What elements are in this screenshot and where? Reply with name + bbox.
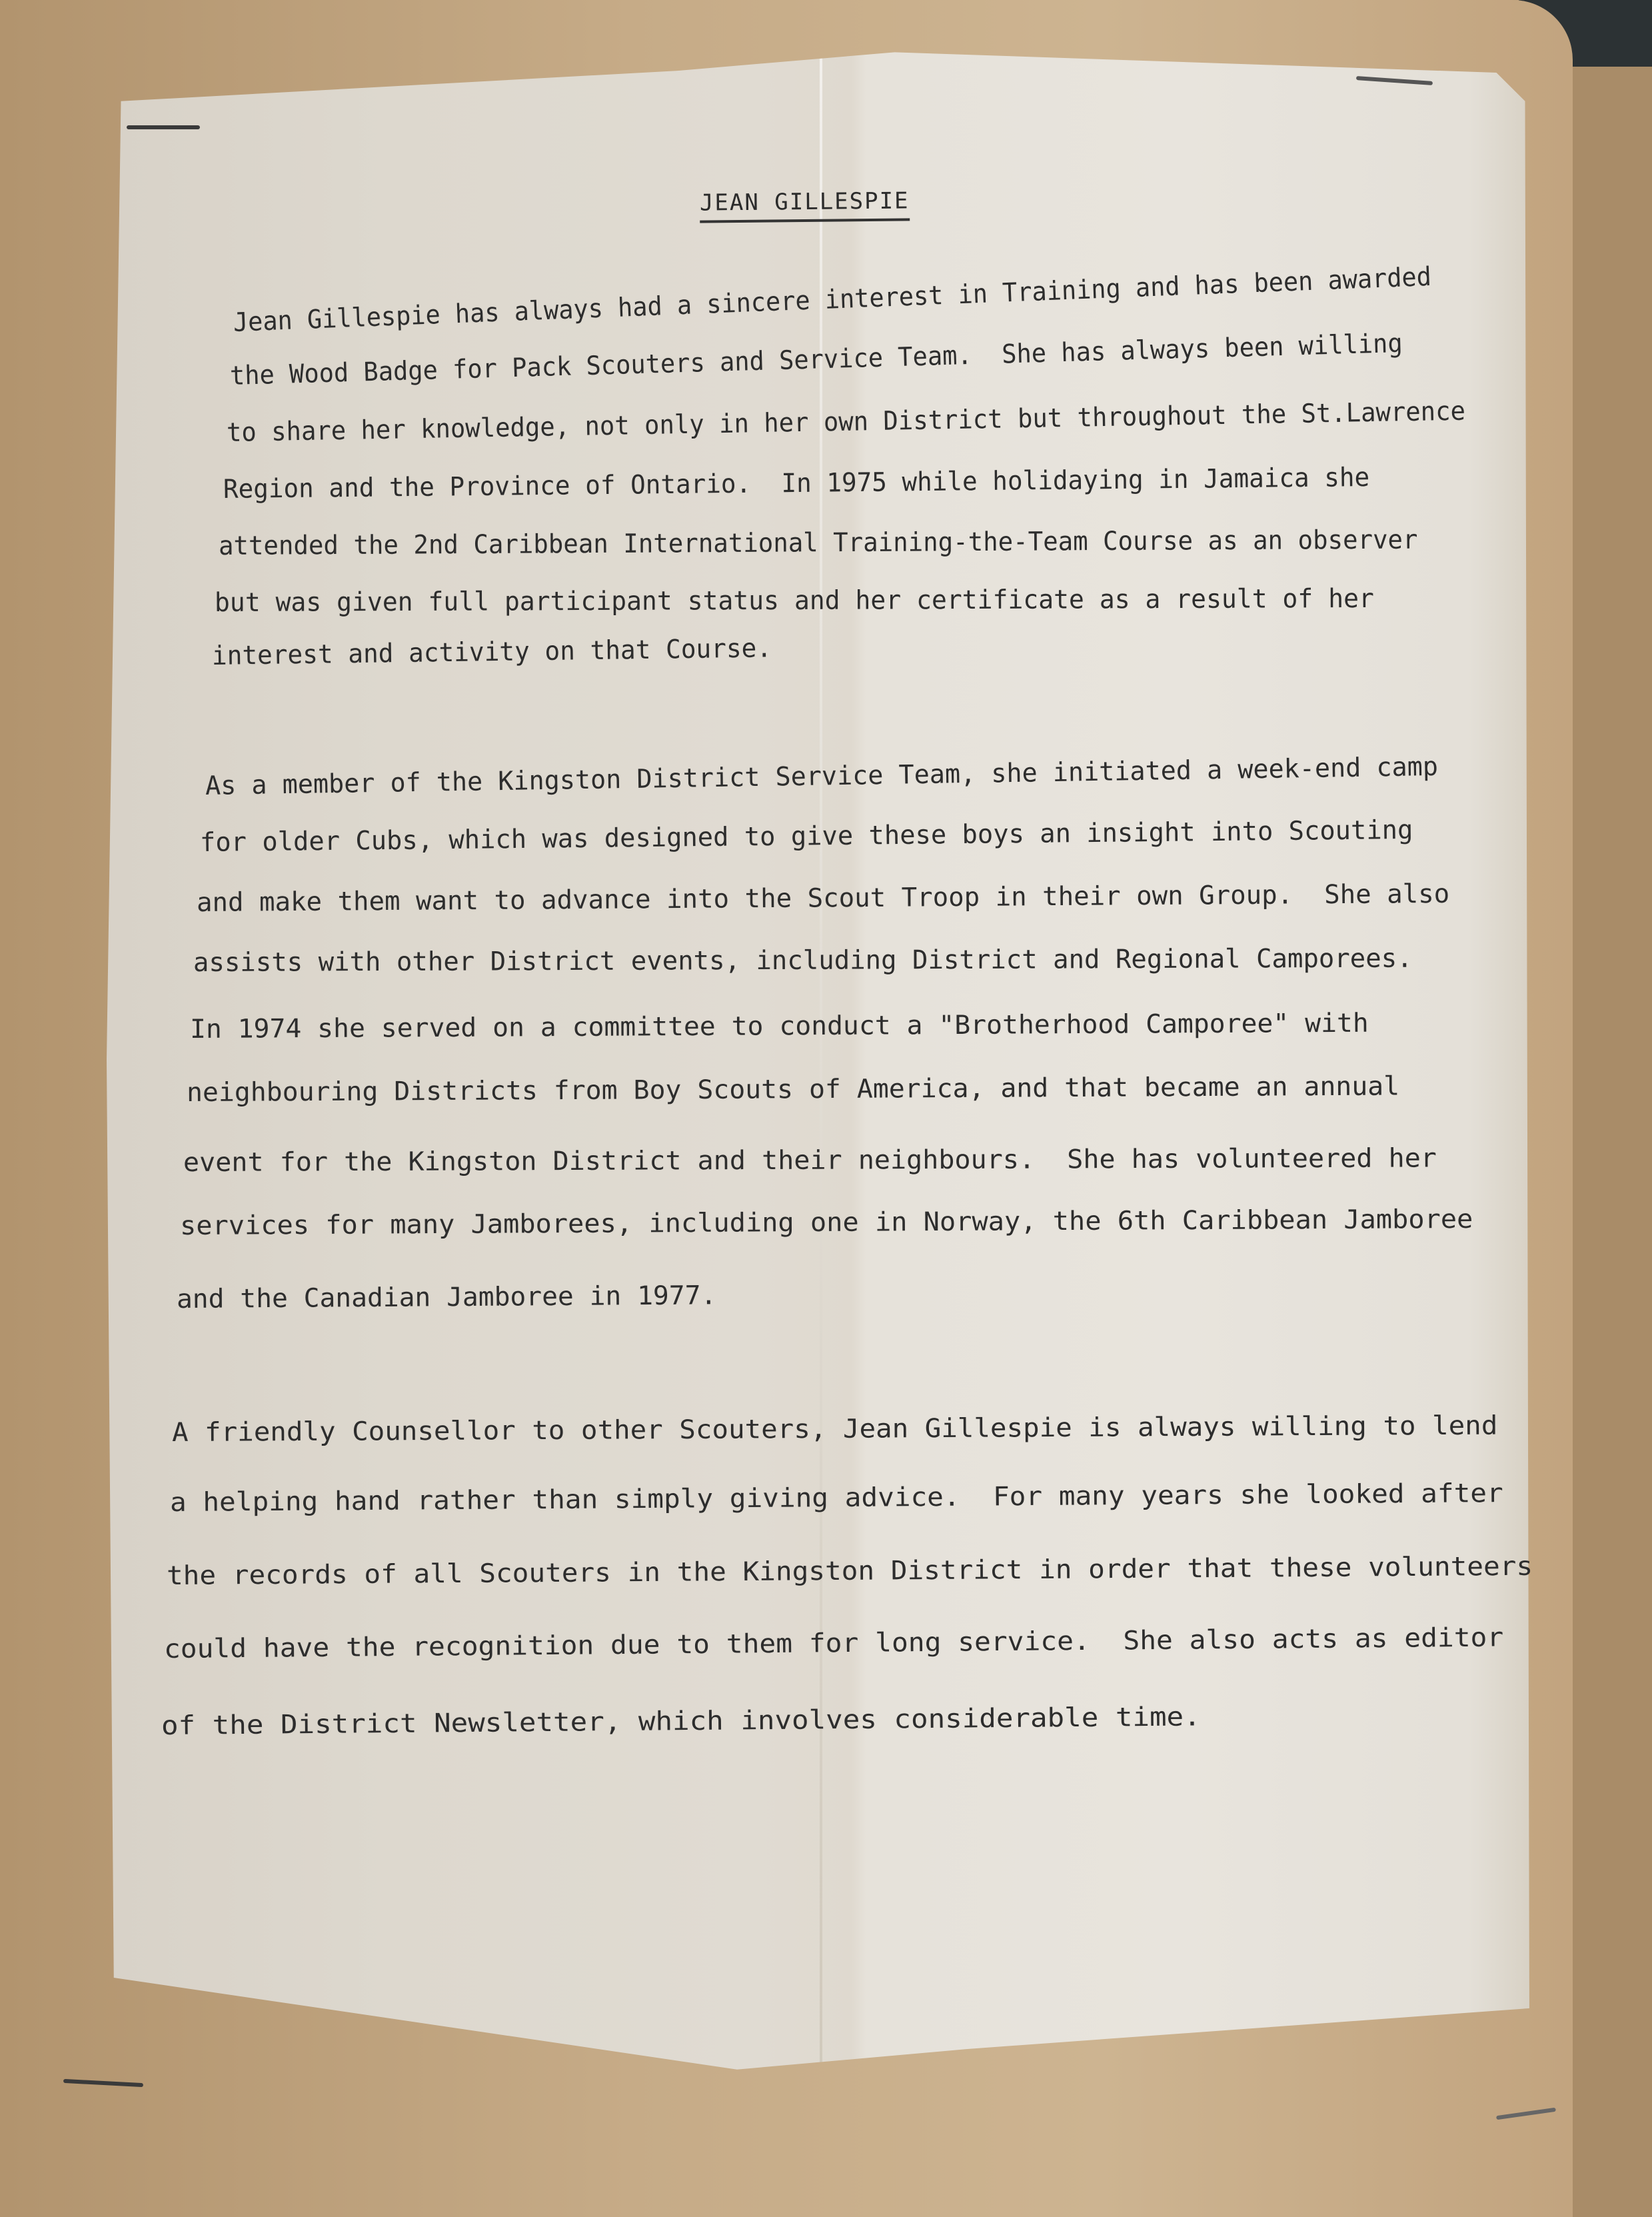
text-line: event for the Kingston District and thei…: [183, 1144, 1437, 1178]
document-title: JEAN GILLESPIE: [700, 187, 910, 223]
text-line: assists with other District events, incl…: [193, 945, 1413, 978]
text-line: attended the 2nd Caribbean International…: [219, 526, 1418, 561]
folder-edge: [1573, 67, 1652, 2217]
staple-top-left-icon: [127, 125, 200, 129]
text-line: In 1974 she served on a committee to con…: [190, 1009, 1369, 1045]
text-line: but was given full participant status an…: [215, 585, 1374, 618]
text-line: and the Canadian Jamboree in 1977.: [177, 1281, 717, 1314]
